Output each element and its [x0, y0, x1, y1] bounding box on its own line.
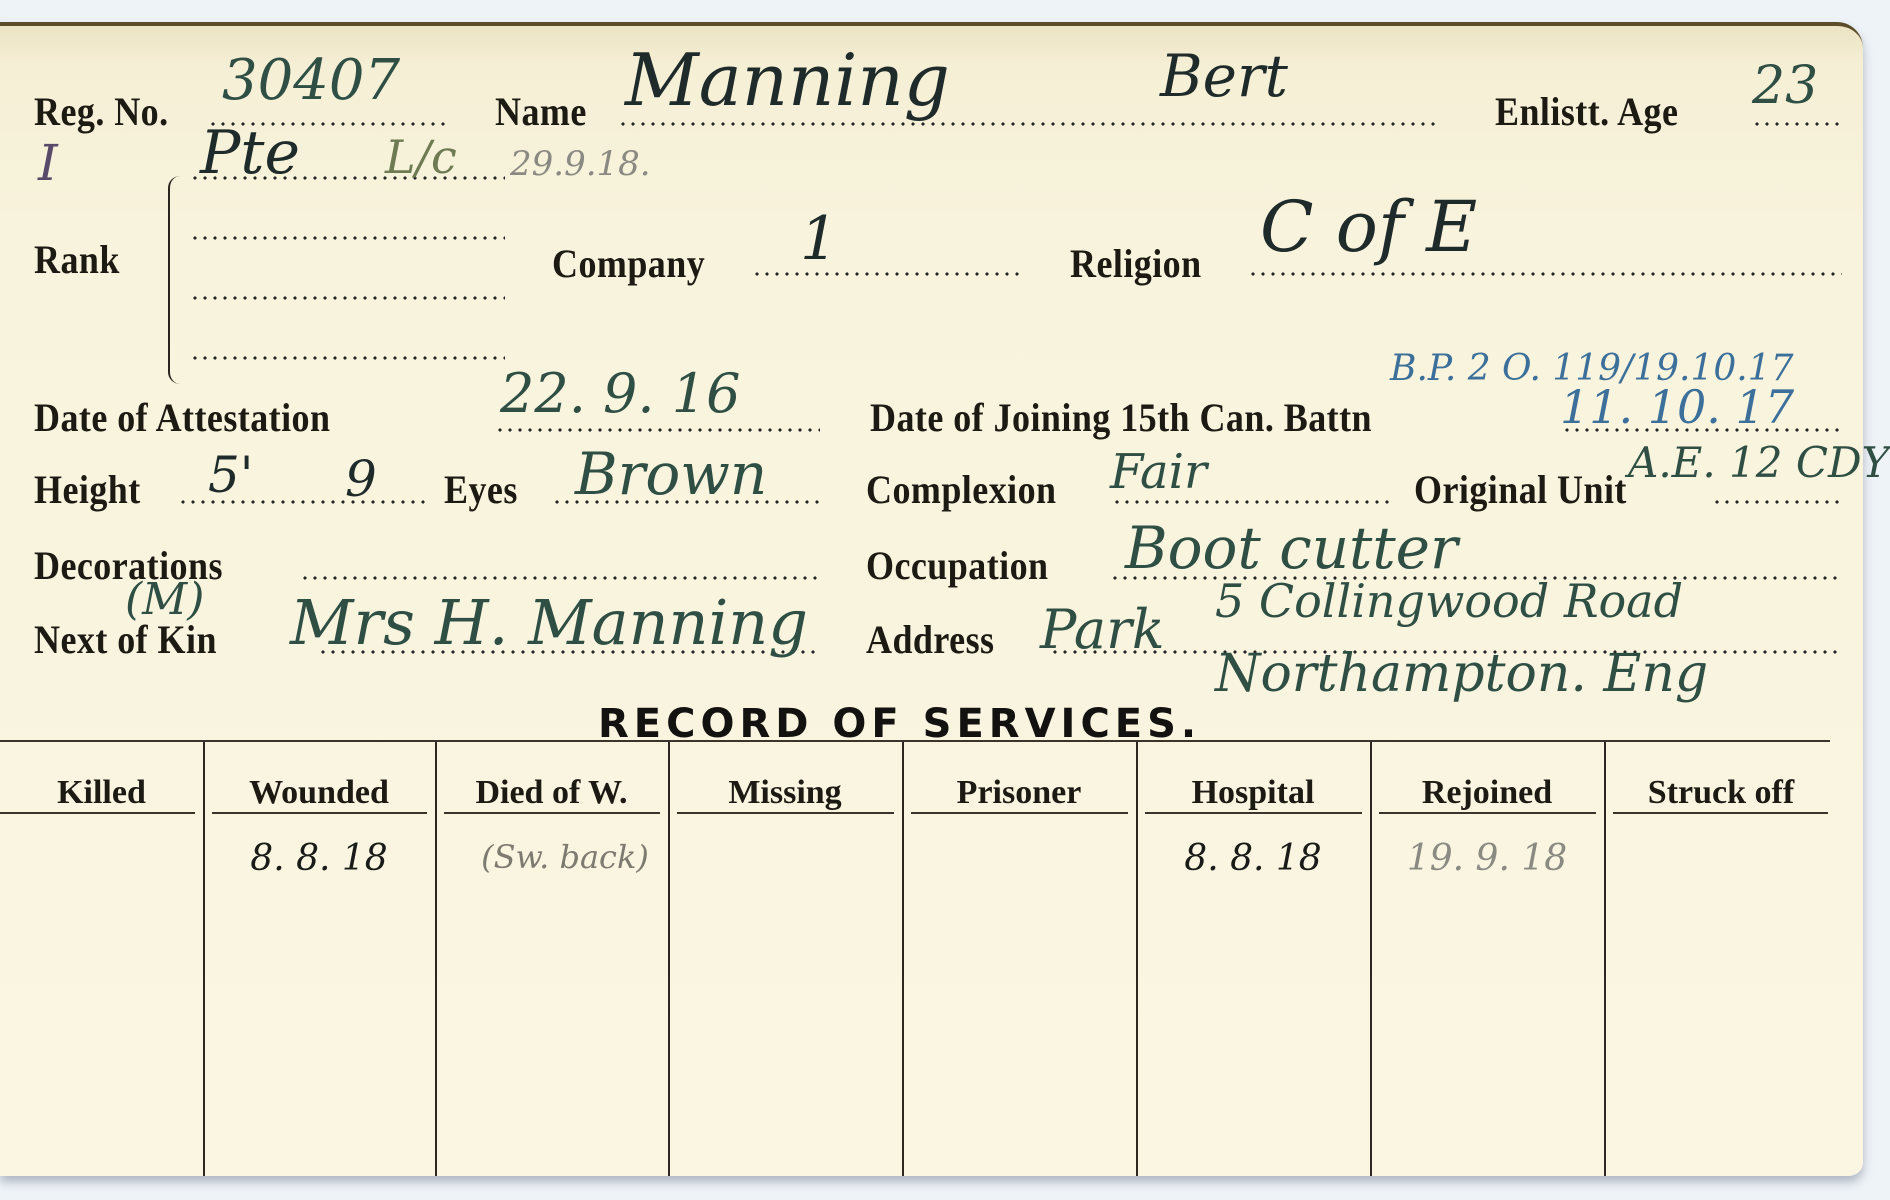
next-of-kin-prefix: (M): [125, 574, 204, 625]
rank-dotted-line-2: [190, 236, 505, 240]
original-unit-dotted-line: [1712, 500, 1842, 504]
address-line-2: Northampton. Eng: [1215, 644, 1708, 704]
address-park: Park: [1040, 598, 1165, 661]
religion-value: C of E: [1260, 186, 1477, 268]
height-feet-value: 5': [208, 446, 254, 504]
company-label: Company: [552, 240, 705, 287]
header-underline: [677, 812, 894, 814]
complexion-dotted-line: [1112, 500, 1392, 504]
column-header-died-of-wounds: Died of W.: [435, 774, 668, 812]
column-header-hospital: Hospital: [1136, 774, 1370, 812]
attestation-dotted-line: [495, 428, 820, 432]
enlist-age-dotted-line: [1752, 122, 1842, 126]
column-header-wounded: Wounded: [203, 774, 435, 812]
religion-label: Religion: [1070, 240, 1202, 287]
complexion-label: Complexion: [866, 466, 1057, 513]
reg-no-label: Reg. No.: [34, 88, 169, 135]
company-value: 1: [800, 204, 838, 274]
joining-value: 11. 10. 17: [1560, 380, 1794, 434]
column-header-prisoner: Prisoner: [902, 774, 1136, 812]
decorations-dotted-line: [300, 576, 820, 580]
table-cell-hospital: 8. 8. 18: [1136, 838, 1370, 879]
header-underline: [1145, 812, 1362, 814]
eyes-value: Brown: [575, 440, 767, 508]
eyes-label: Eyes: [444, 466, 518, 513]
religion-dotted-line: [1248, 272, 1842, 276]
header-underline: [0, 812, 195, 814]
enlist-age-label: Enlistt. Age: [1495, 88, 1678, 135]
rank-brace: [168, 176, 182, 384]
surname-value: Manning: [625, 38, 950, 122]
name-label: Name: [495, 88, 587, 135]
original-unit-value: A.E. 12 CDY: [1628, 438, 1889, 487]
rank-entry-2: L/c: [385, 130, 457, 184]
address-label: Address: [866, 616, 995, 663]
given-name-value: Bert: [1160, 42, 1288, 110]
header-underline: [911, 812, 1128, 814]
column-header-missing: Missing: [668, 774, 902, 812]
occupation-label: Occupation: [866, 542, 1049, 589]
attestation-value: 22. 9. 16: [500, 362, 740, 425]
header-underline: [212, 812, 427, 814]
joining-label: Date of Joining 15th Can. Battn: [870, 394, 1372, 441]
occupation-value: Boot cutter: [1125, 514, 1458, 582]
rank-label: Rank: [34, 236, 120, 283]
address-line-1: 5 Collingwood Road: [1215, 574, 1683, 628]
service-record-card: Reg. No. 30407 Name Manning Bert Enlistt…: [0, 22, 1863, 1176]
column-header-killed: Killed: [0, 774, 203, 812]
name-dotted-line: [618, 122, 1438, 126]
header-underline: [444, 812, 660, 814]
enlist-age-value: 23: [1752, 56, 1818, 116]
table-cell-rejoined: 19. 9. 18: [1370, 838, 1604, 879]
next-of-kin-value: Mrs H. Manning: [290, 586, 808, 659]
header-underline: [1379, 812, 1596, 814]
rank-dotted-line-4: [190, 356, 505, 360]
complexion-value: Fair: [1110, 444, 1207, 500]
attestation-label: Date of Attestation: [34, 394, 330, 441]
table-cell-wounded: 8. 8. 18: [203, 838, 435, 879]
height-inches-value: 9: [345, 450, 377, 508]
column-header-rejoined: Rejoined: [1370, 774, 1604, 812]
table-cell-died-of-wounds: (Sw. back): [435, 838, 695, 876]
column-header-struck-off: Struck off: [1604, 774, 1838, 812]
rank-entry-1: Pte: [200, 118, 300, 188]
original-unit-label: Original Unit: [1414, 466, 1627, 513]
table-top-rule: [0, 740, 1830, 742]
height-label: Height: [34, 466, 141, 513]
rank-entry-3: 29.9.18.: [510, 144, 651, 184]
reg-no-value: 30407: [222, 48, 400, 113]
rank-margin-mark: I: [38, 134, 58, 192]
header-underline: [1613, 812, 1828, 814]
rank-dotted-line-3: [190, 296, 505, 300]
company-dotted-line: [752, 272, 1022, 276]
